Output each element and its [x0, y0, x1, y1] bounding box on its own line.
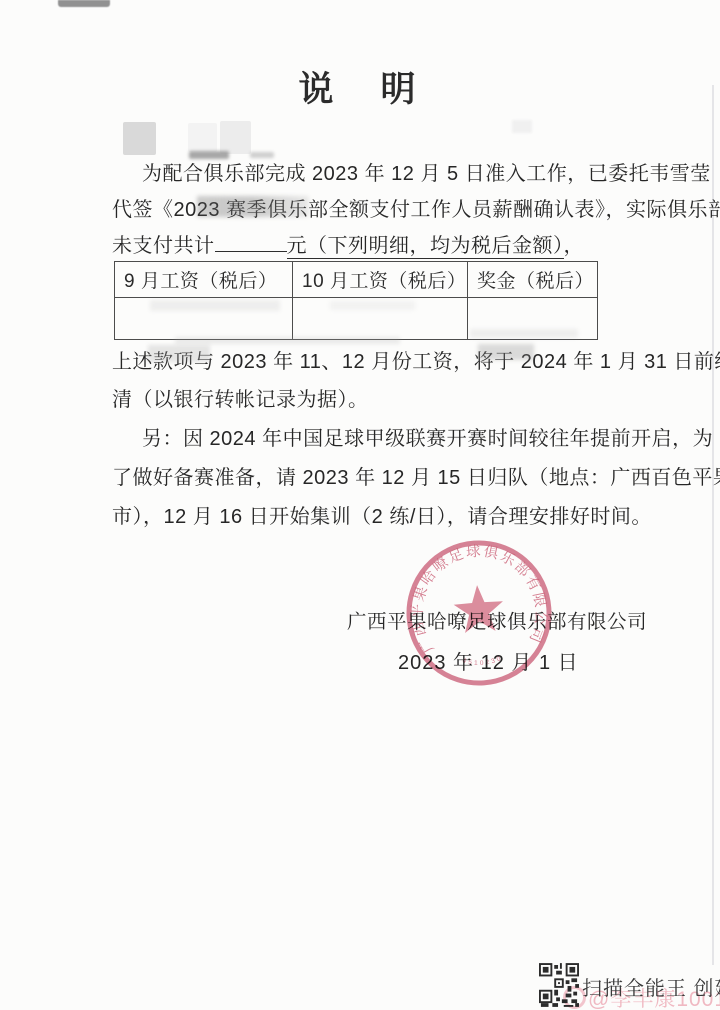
body-line: 清（以银行转帐记录为据）。	[112, 381, 645, 419]
paragraph-training-notice: 另：因 2024 年中国足球甲级联赛开赛时间较往年提前开启，为 了做好备赛准备，…	[112, 420, 645, 537]
salary-table: 9 月工资（税后） 10 月工资（税后） 奖金（税后）	[114, 261, 598, 340]
scan-corner-mark	[58, 0, 110, 7]
cell-bonus	[468, 298, 598, 340]
body-line: 了做好备赛准备，请 2023 年 12 月 15 日归队（地点：广西百色平果	[112, 459, 645, 498]
redacted-amount-blank	[215, 231, 287, 252]
cell-oct-salary	[293, 298, 468, 340]
body-line: 为配合俱乐部完成 2023 年 12 月 5 日准入工作，已委托韦雪莹	[112, 156, 645, 192]
paragraph-intro: 为配合俱乐部完成 2023 年 12 月 5 日准入工作，已委托韦雪莹 代签《2…	[112, 156, 645, 264]
header-bonus: 奖金（税后）	[468, 262, 598, 298]
qr-code-icon	[539, 963, 579, 1007]
body-line: 上述款项与 2023 年 11、12 月份工资，将于 2024 年 1 月 31…	[112, 343, 645, 381]
cell-sep-salary	[115, 298, 293, 340]
header-sep-salary: 9 月工资（税后）	[115, 262, 293, 298]
redaction-block	[220, 121, 251, 154]
body-line-amount: 未支付共计元（下列明细，均为税后金额），	[112, 228, 645, 264]
scan-artifact	[512, 120, 532, 133]
amount-note-underlined: 元（下列明细，均为税后金额）	[287, 235, 564, 259]
company-seal-stamp: 广西平果哈嘹足球俱乐部有限公司 4510230008	[398, 529, 561, 697]
header-oct-salary: 10 月工资（税后）	[293, 262, 468, 298]
redaction-block	[123, 122, 156, 155]
body-line: 市），12 月 16 日开始集训（2 练/日），请合理安排好时间。	[112, 498, 645, 537]
paragraph-settlement: 上述款项与 2023 年 11、12 月份工资，将于 2024 年 1 月 31…	[112, 343, 645, 419]
body-line: 代签《2023 赛季俱乐部全额支付工作人员薪酬确认表》，实际俱乐部	[112, 192, 645, 228]
camscanner-watermark-label: 扫描全能王 创建	[582, 972, 720, 1001]
seal-star-icon	[452, 583, 505, 633]
document-title: 说 明	[0, 62, 720, 112]
body-line: 另：因 2024 年中国足球甲级联赛开赛时间较往年提前开启，为	[112, 420, 645, 459]
redaction-block	[188, 123, 217, 152]
scanned-document: 说 明 为配合俱乐部完成 2023 年 12 月 5 日准入工作，已委托韦雪莹 …	[0, 0, 720, 1010]
table-row	[115, 298, 598, 340]
amount-prefix: 未支付共计	[112, 235, 215, 257]
table-header-row: 9 月工资（税后） 10 月工资（税后） 奖金（税后）	[115, 262, 598, 298]
amount-suffix: ，	[564, 235, 585, 257]
